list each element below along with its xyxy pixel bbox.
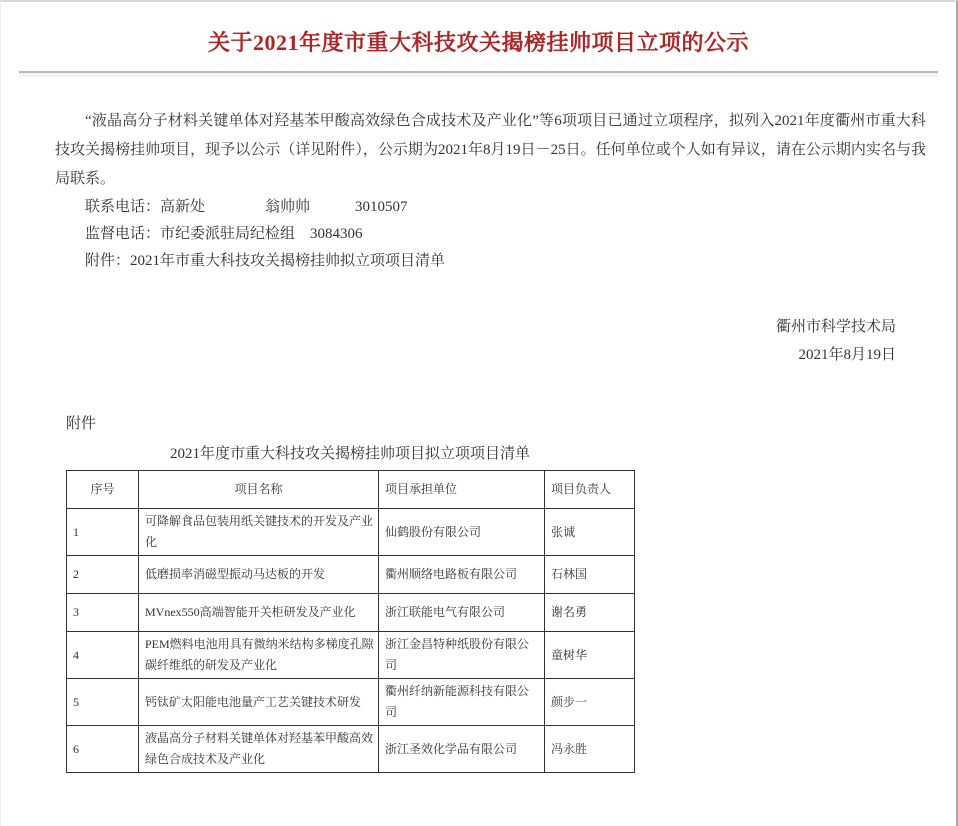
leader-cell: 张诚 <box>545 509 635 556</box>
leader-cell: 石林国 <box>545 556 635 594</box>
project-name-cell: PEM燃料电池用具有微纳米结构多梯度孔隙碳纤维纸的研发及产业化 <box>139 632 379 679</box>
company-cell: 衢州顺络电路板有限公司 <box>379 556 545 594</box>
column-header-1: 项目名称 <box>139 471 379 509</box>
row-no-cell: 5 <box>67 679 139 726</box>
announcement-body: “液晶高分子材料关键单体对羟基苯甲酸高效绿色合成技术及产业化”等6项项目已通过立… <box>55 107 926 275</box>
table-body: 1可降解食品包装用纸关键技术的开发及产业化仙鹤股份有限公司张诚2低磨损率消磁型振… <box>67 509 635 773</box>
company-cell: 衢州纤纳新能源科技有限公司 <box>379 679 545 726</box>
company-cell: 浙江联能电气有限公司 <box>379 594 545 632</box>
project-name-cell: 低磨损率消磁型振动马达板的开发 <box>139 556 379 594</box>
projects-table: 序号项目名称项目承担单位项目负责人 1可降解食品包装用纸关键技术的开发及产业化仙… <box>66 470 635 773</box>
table-row: 2低磨损率消磁型振动马达板的开发衢州顺络电路板有限公司石林国 <box>67 556 635 594</box>
column-header-0: 序号 <box>67 471 139 509</box>
leader-cell: 童树华 <box>545 632 635 679</box>
signature-block: 衢州市科学技术局 2021年8月19日 <box>1 313 896 369</box>
project-name-cell: 液晶高分子材料关键单体对羟基苯甲酸高效绿色合成技术及产业化 <box>139 726 379 773</box>
row-no-cell: 4 <box>67 632 139 679</box>
table-header-row: 序号项目名称项目承担单位项目负责人 <box>67 471 635 509</box>
attachment-label: 附件 <box>66 414 956 435</box>
project-name-cell: MVnex550高端智能开关柜研发及产业化 <box>139 594 379 632</box>
table-row: 5钙钛矿太阳能电池量产工艺关键技术研发衢州纤纳新能源科技有限公司颜步一 <box>67 679 635 726</box>
company-cell: 浙江圣效化学品有限公司 <box>379 726 545 773</box>
company-cell: 仙鹤股份有限公司 <box>379 509 545 556</box>
row-no-cell: 3 <box>67 594 139 632</box>
table-row: 3MVnex550高端智能开关柜研发及产业化浙江联能电气有限公司谢名勇 <box>67 594 635 632</box>
signature-date: 2021年8月19日 <box>1 341 896 369</box>
leader-cell: 颜步一 <box>545 679 635 726</box>
row-no-cell: 6 <box>67 726 139 773</box>
row-no-cell: 2 <box>67 556 139 594</box>
table-row: 4PEM燃料电池用具有微纳米结构多梯度孔隙碳纤维纸的研发及产业化浙江金昌特种纸股… <box>67 632 635 679</box>
table-row: 6液晶高分子材料关键单体对羟基苯甲酸高效绿色合成技术及产业化浙江圣效化学品有限公… <box>67 726 635 773</box>
row-no-cell: 1 <box>67 509 139 556</box>
contact-phone-line: 联系电话：高新处 翁帅帅 3010507 <box>55 194 926 221</box>
title-divider <box>19 71 938 77</box>
project-name-cell: 钙钛矿太阳能电池量产工艺关键技术研发 <box>139 679 379 726</box>
supervision-phone-line: 监督电话：市纪委派驻局纪检组 3084306 <box>55 221 926 248</box>
leader-cell: 谢名勇 <box>545 594 635 632</box>
table-caption: 2021年度市重大科技攻关揭榜挂帅项目拟立项项目清单 <box>66 444 634 465</box>
attachment-section: 附件 2021年度市重大科技攻关揭榜挂帅项目拟立项项目清单 序号项目名称项目承担… <box>1 414 956 773</box>
column-header-2: 项目承担单位 <box>379 471 545 509</box>
announcement-paragraph: “液晶高分子材料关键单体对羟基苯甲酸高效绿色合成技术及产业化”等6项项目已通过立… <box>55 107 926 194</box>
page-title: 关于2021年度市重大科技攻关揭榜挂帅项目立项的公示 <box>1 2 956 57</box>
project-name-cell: 可降解食品包装用纸关键技术的开发及产业化 <box>139 509 379 556</box>
column-header-3: 项目负责人 <box>545 471 635 509</box>
attachment-ref-line: 附件：2021年市重大科技攻关揭榜挂帅拟立项项目清单 <box>55 248 926 275</box>
company-cell: 浙江金昌特种纸股份有限公司 <box>379 632 545 679</box>
table-row: 1可降解食品包装用纸关键技术的开发及产业化仙鹤股份有限公司张诚 <box>67 509 635 556</box>
announcement-page: 关于2021年度市重大科技攻关揭榜挂帅项目立项的公示 “液晶高分子材料关键单体对… <box>0 0 958 826</box>
signature-agency: 衢州市科学技术局 <box>1 313 896 341</box>
leader-cell: 冯永胜 <box>545 726 635 773</box>
